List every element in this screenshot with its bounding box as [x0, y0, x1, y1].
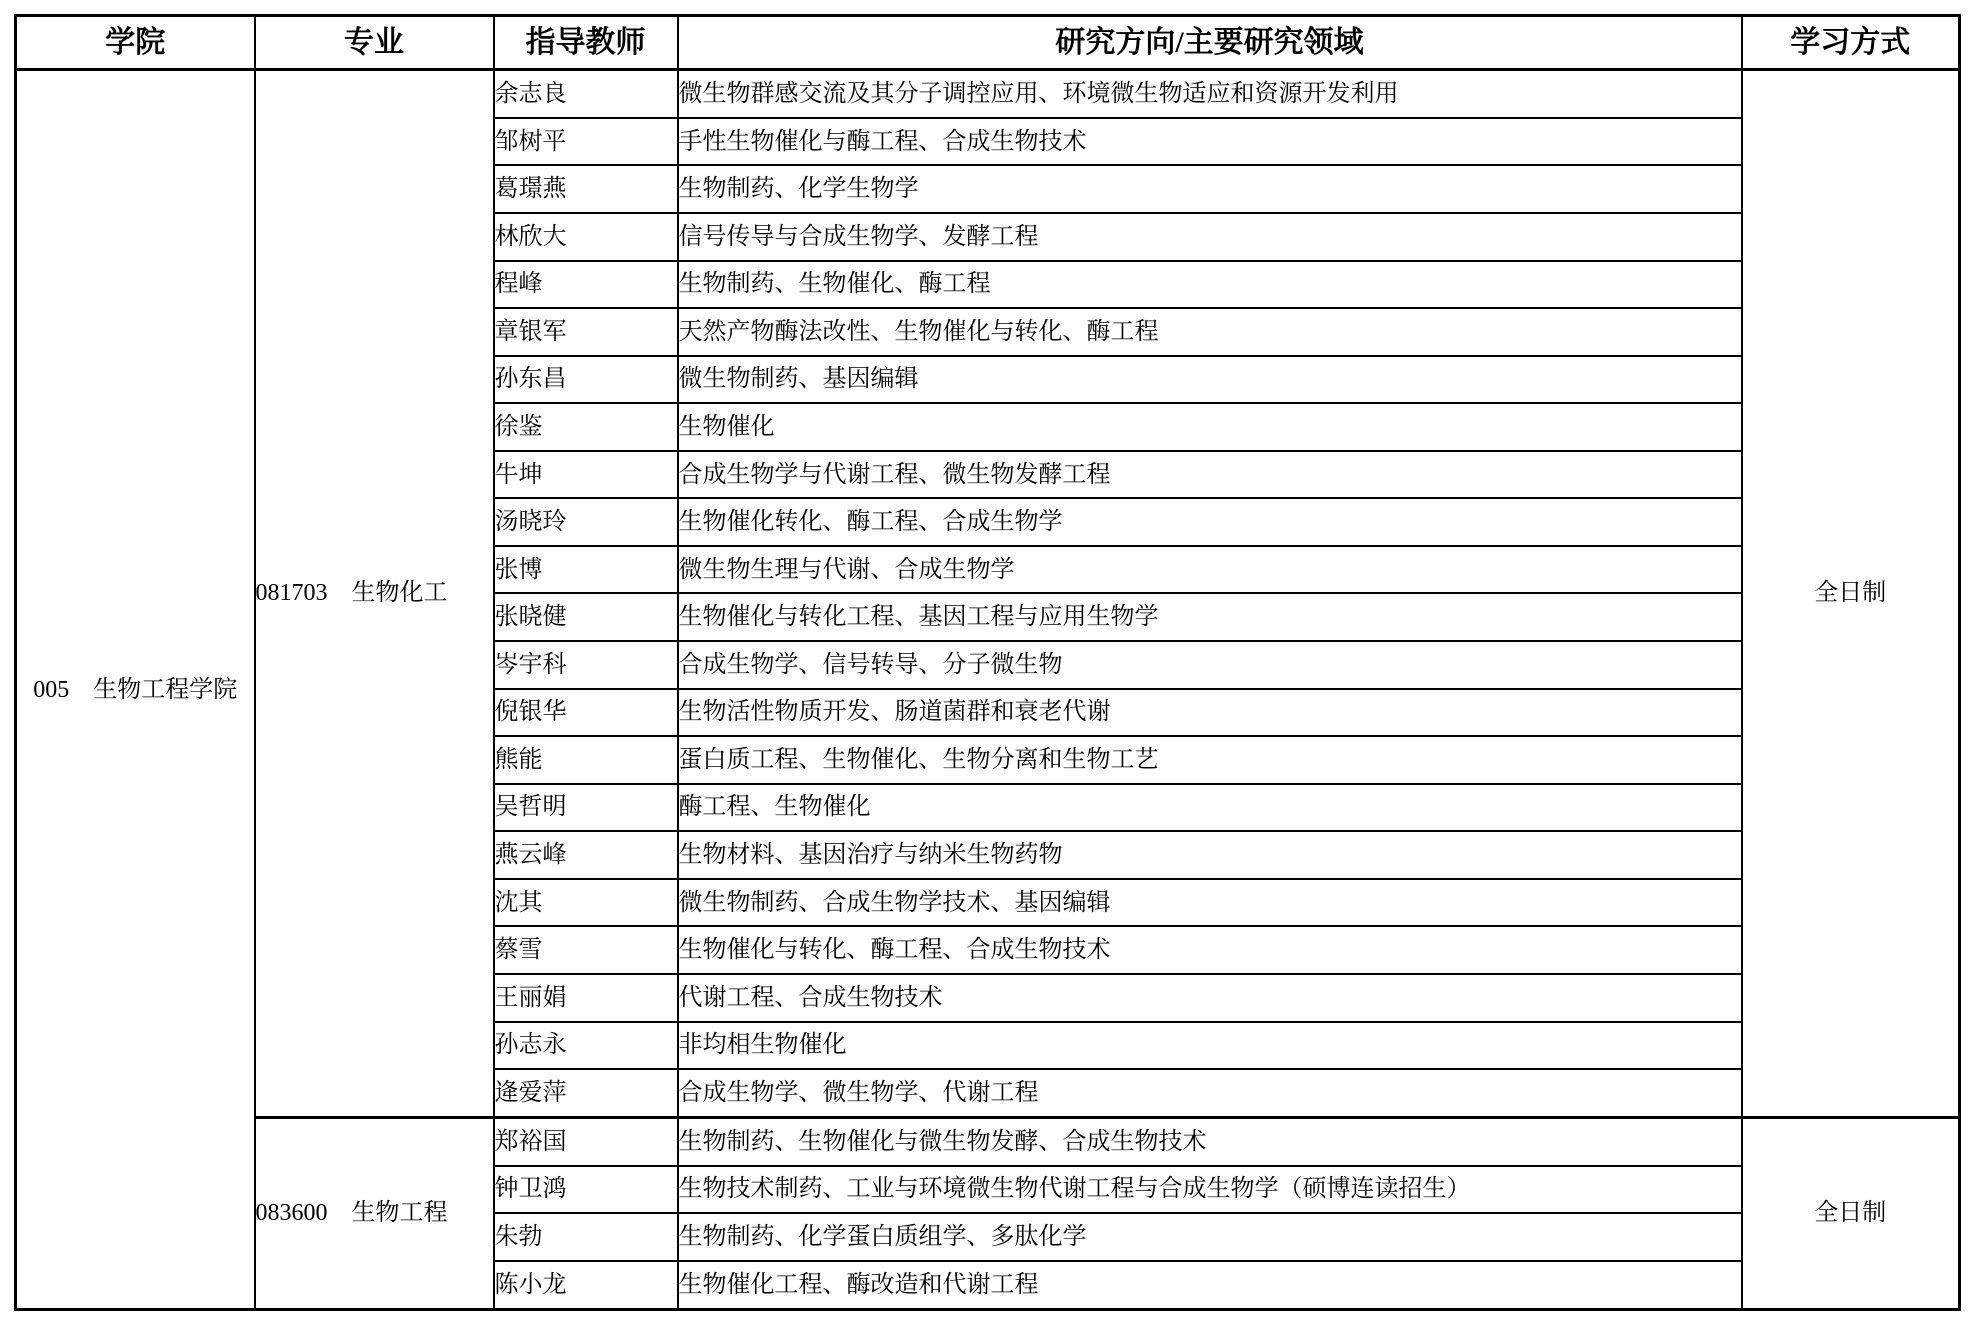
advisor-cell: 沈其 [494, 879, 678, 927]
research-cell: 生物制药、化学生物学 [678, 165, 1742, 213]
research-cell: 生物催化 [678, 403, 1742, 451]
advisor-cell: 程峰 [494, 261, 678, 309]
research-cell: 微生物制药、基因编辑 [678, 356, 1742, 404]
advisor-cell: 熊能 [494, 736, 678, 784]
research-cell: 代谢工程、合成生物技术 [678, 974, 1742, 1022]
research-cell: 生物制药、化学蛋白质组学、多肽化学 [678, 1213, 1742, 1261]
advisor-cell: 逄爱萍 [494, 1069, 678, 1117]
research-cell: 手性生物催化与酶工程、合成生物技术 [678, 118, 1742, 166]
research-cell: 非均相生物催化 [678, 1022, 1742, 1070]
research-cell: 微生物群感交流及其分子调控应用、环境微生物适应和资源开发利用 [678, 70, 1742, 118]
study-mode-cell: 全日制 [1742, 70, 1960, 1118]
advisor-cell: 岑宇科 [494, 641, 678, 689]
table-row: 083600 生物工程 郑裕国 生物制药、生物催化与微生物发酵、合成生物技术 全… [16, 1117, 1960, 1165]
advisor-cell: 林欣大 [494, 213, 678, 261]
major-cell: 081703 生物化工 [255, 70, 494, 1118]
advisor-cell: 郑裕国 [494, 1117, 678, 1165]
header-research: 研究方向/主要研究领域 [678, 16, 1742, 70]
advisor-cell: 蔡雪 [494, 926, 678, 974]
header-row: 学院 专业 指导教师 研究方向/主要研究领域 学习方式 [16, 16, 1960, 70]
research-cell: 合成生物学、微生物学、代谢工程 [678, 1069, 1742, 1117]
research-cell: 合成生物学与代谢工程、微生物发酵工程 [678, 451, 1742, 499]
advisor-cell: 孙东昌 [494, 356, 678, 404]
header-major: 专业 [255, 16, 494, 70]
advisor-cell: 张博 [494, 546, 678, 594]
header-college: 学院 [16, 16, 255, 70]
document-page: 学院 专业 指导教师 研究方向/主要研究领域 学习方式 005 生物工程学院 0… [0, 0, 1972, 1318]
research-cell: 生物催化工程、酶改造和代谢工程 [678, 1261, 1742, 1310]
research-cell: 生物催化与转化工程、基因工程与应用生物学 [678, 593, 1742, 641]
research-cell: 生物催化与转化、酶工程、合成生物技术 [678, 926, 1742, 974]
research-cell: 生物制药、生物催化与微生物发酵、合成生物技术 [678, 1117, 1742, 1165]
advisor-cell: 陈小龙 [494, 1261, 678, 1310]
advisor-cell: 邹树平 [494, 118, 678, 166]
table-row: 005 生物工程学院 081703 生物化工 余志良 微生物群感交流及其分子调控… [16, 70, 1960, 118]
advisor-cell: 牛坤 [494, 451, 678, 499]
advisor-cell: 张晓健 [494, 593, 678, 641]
research-cell: 酶工程、生物催化 [678, 784, 1742, 832]
research-cell: 生物技术制药、工业与环境微生物代谢工程与合成生物学（硕博连读招生） [678, 1166, 1742, 1214]
research-cell: 蛋白质工程、生物催化、生物分离和生物工艺 [678, 736, 1742, 784]
research-cell: 合成生物学、信号转导、分子微生物 [678, 641, 1742, 689]
research-cell: 生物活性物质开发、肠道菌群和衰老代谢 [678, 689, 1742, 737]
header-study-mode: 学习方式 [1742, 16, 1960, 70]
advisor-cell: 余志良 [494, 70, 678, 118]
college-cell: 005 生物工程学院 [16, 70, 255, 1310]
faculty-table: 学院 专业 指导教师 研究方向/主要研究领域 学习方式 005 生物工程学院 0… [14, 14, 1961, 1311]
research-cell: 微生物生理与代谢、合成生物学 [678, 546, 1742, 594]
research-cell: 生物催化转化、酶工程、合成生物学 [678, 498, 1742, 546]
research-cell: 信号传导与合成生物学、发酵工程 [678, 213, 1742, 261]
research-cell: 生物制药、生物催化、酶工程 [678, 261, 1742, 309]
advisor-cell: 燕云峰 [494, 831, 678, 879]
advisor-cell: 章银军 [494, 308, 678, 356]
advisor-cell: 钟卫鸿 [494, 1166, 678, 1214]
advisor-cell: 葛璟燕 [494, 165, 678, 213]
study-mode-cell: 全日制 [1742, 1117, 1960, 1309]
advisor-cell: 朱勃 [494, 1213, 678, 1261]
research-cell: 生物材料、基因治疗与纳米生物药物 [678, 831, 1742, 879]
header-advisor: 指导教师 [494, 16, 678, 70]
advisor-cell: 王丽娟 [494, 974, 678, 1022]
advisor-cell: 孙志永 [494, 1022, 678, 1070]
advisor-cell: 吴哲明 [494, 784, 678, 832]
research-cell: 天然产物酶法改性、生物催化与转化、酶工程 [678, 308, 1742, 356]
research-cell: 微生物制药、合成生物学技术、基因编辑 [678, 879, 1742, 927]
advisor-cell: 徐鉴 [494, 403, 678, 451]
major-cell: 083600 生物工程 [255, 1117, 494, 1309]
advisor-cell: 倪银华 [494, 689, 678, 737]
advisor-cell: 汤晓玲 [494, 498, 678, 546]
